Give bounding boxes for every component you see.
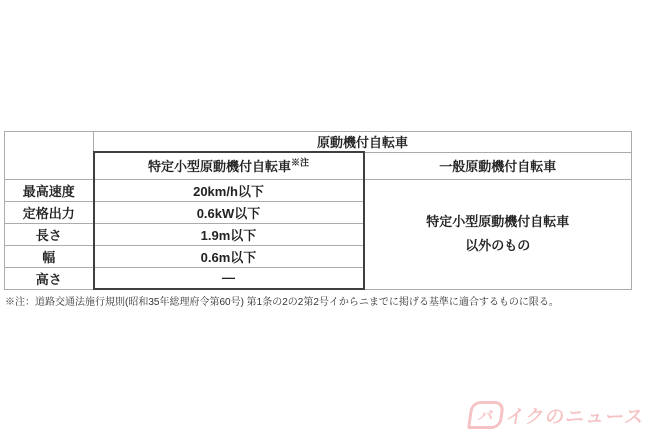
value-length: 1.9m以下: [94, 223, 364, 245]
general-col-merged-line2: 以外のもの: [365, 234, 632, 258]
moped-classification-table: 原動機付自転車 特定小型原動機付自転車※注 一般原動機付自転車 最高速度 20k…: [4, 131, 632, 290]
row-label-width: 幅: [5, 245, 94, 267]
row-label-rated-output: 定格出力: [5, 201, 94, 223]
bike-no-news-logo: バ イクのニュース: [467, 401, 647, 429]
value-rated-output: 0.6kW以下: [94, 201, 364, 223]
spec-col-header-note: ※注: [291, 158, 309, 168]
logo-text: イクのニュース: [504, 402, 646, 429]
row-label-length: 長さ: [5, 223, 94, 245]
footnote: ※注：道路交通法施行規則(昭和35年総理府令第60号) 第1条の2の2第2号イか…: [5, 293, 647, 308]
general-col-header-cell: 一般原動機付自転車: [364, 152, 632, 179]
value-max-speed: 20km/h以下: [94, 179, 364, 201]
value-height: ―: [94, 267, 364, 289]
page: 原動機付自転車 特定小型原動機付自転車※注 一般原動機付自転車 最高速度 20k…: [0, 0, 650, 433]
row-label-height: 高さ: [5, 267, 94, 289]
spec-col-header-cell: 特定小型原動機付自転車※注: [94, 152, 364, 179]
row-label-max-speed: 最高速度: [5, 179, 94, 201]
corner-empty-cell: [5, 132, 94, 180]
group-header-cell: 原動機付自転車: [94, 132, 632, 153]
general-col-merged-line1: 特定小型原動機付自転車: [365, 210, 632, 234]
spec-col-header-text: 特定小型原動機付自転車: [148, 159, 291, 174]
value-width: 0.6m以下: [94, 245, 364, 267]
logo-badge-icon: バ: [467, 401, 505, 429]
spec-table: 原動機付自転車 特定小型原動機付自転車※注 一般原動機付自転車 最高速度 20k…: [4, 131, 632, 290]
general-col-merged-cell: 特定小型原動機付自転車 以外のもの: [364, 179, 632, 289]
